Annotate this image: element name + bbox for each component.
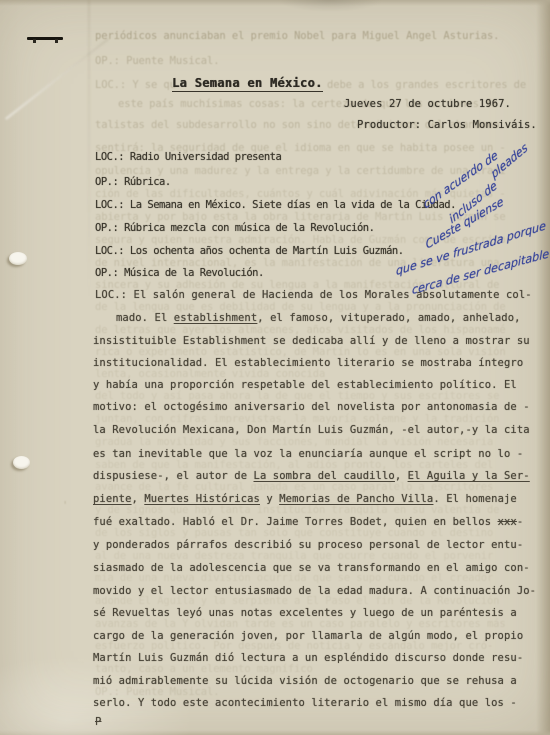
typed-line: fué exaltado. Habló el Dr. Jaime Torres … bbox=[93, 516, 523, 529]
punch-hole bbox=[13, 456, 30, 469]
typed-line: serlo. Y todo este acontecimiento litera… bbox=[93, 697, 517, 710]
typed-line: la Revolución Mexicana, Don Martín Luis … bbox=[93, 424, 530, 437]
typed-line: OP.: Música de la Revolución. bbox=[95, 267, 264, 280]
typed-line: LOC.: La Semana en México. Siete días en… bbox=[95, 199, 456, 212]
typed-line: LOC.: Radio Universidad presenta bbox=[95, 151, 281, 164]
typed-line: mió admirablemente su lúcida visión de o… bbox=[93, 675, 517, 688]
typed-line: movido y el lector entusiasmado de la ed… bbox=[93, 585, 536, 598]
typed-line: piente, Muertes Históricas y Memorias de… bbox=[93, 493, 517, 506]
typed-line: es tan inevitable que la voz la enunciar… bbox=[93, 448, 523, 461]
typed-line: P bbox=[95, 716, 101, 729]
typed-line: cargo de la generación joven, por llamar… bbox=[93, 630, 523, 643]
typed-line: dispusiese-, el autor de La sombra del c… bbox=[93, 470, 530, 483]
typed-line: institucionalidad. El establecimiento li… bbox=[93, 357, 523, 370]
punch-hole bbox=[9, 252, 27, 265]
typed-line: motivo: el octogésimo aniversario del no… bbox=[93, 401, 530, 414]
typed-line: LOC.: Los ochenta años ochenta de Martín… bbox=[95, 245, 404, 258]
staple-mark bbox=[27, 37, 63, 40]
typed-line: mado. El establishment, el famoso, vitup… bbox=[116, 312, 521, 325]
document-title: La Semana en México. bbox=[172, 77, 323, 92]
typed-line: siasmado de la adolescencia que se va tr… bbox=[93, 562, 530, 575]
typed-line: LOC.: El salón general de Hacienda de lo… bbox=[95, 289, 532, 302]
typed-line: OP.: Rúbrica mezcla con música de la Rev… bbox=[95, 222, 374, 235]
typed-line: y ponderados párrafos describió su proce… bbox=[93, 539, 523, 552]
paper-crease bbox=[88, 0, 90, 300]
typed-line: insistituible Establishment se dedicaba … bbox=[93, 335, 530, 348]
ghost-line: LOC.: Y se qu bbox=[95, 79, 176, 92]
ghost-line: OP.: Puente Musical. bbox=[95, 55, 219, 68]
typed-line: OP.: Rúbrica. bbox=[95, 176, 171, 189]
document-page: periódicos anunciaban el premio Nobel pa… bbox=[0, 0, 550, 735]
ghost-line: periódicos anunciaban el premio Nobel pa… bbox=[95, 30, 499, 43]
typed-line: sé Revueltas leyó unas notas excelentes … bbox=[93, 607, 517, 620]
ghost-line: debe a los grandes escritores de bbox=[327, 79, 526, 92]
ghost-line: ' bbox=[62, 500, 68, 513]
typed-line: Martín Luis Guzmán dió lectura a un espl… bbox=[93, 652, 523, 665]
producer-line: Productor: Carlos Monsiváis. bbox=[357, 119, 537, 132]
date-line: Jueves 27 de octubre 1967. bbox=[344, 98, 511, 111]
typed-line: y había una proporción respetable del es… bbox=[93, 379, 517, 392]
paper-crease bbox=[5, 38, 109, 120]
